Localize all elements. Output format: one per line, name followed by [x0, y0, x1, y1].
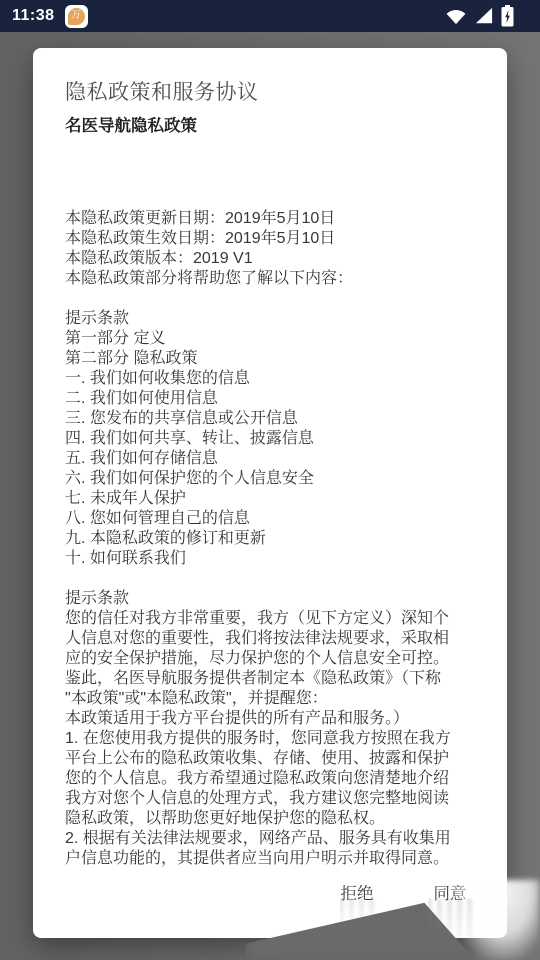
policy-text-line: 六. 我们如何保护您的个人信息安全	[65, 469, 481, 489]
policy-text-line: 本隐私政策更新日期：2019年5月10日	[65, 209, 481, 229]
policy-text-line: 人信息对您的重要性，我们将按法律法规要求，采取相	[65, 629, 481, 649]
policy-text-line: 四. 我们如何共享、转让、披露信息	[65, 429, 481, 449]
privacy-policy-dialog: 隐私政策和服务协议 名医导航隐私政策 本隐私政策更新日期：2019年5月10日本…	[33, 48, 507, 938]
policy-text-line: 提示条款	[65, 309, 481, 329]
policy-text-line	[65, 289, 481, 309]
policy-text-line: 本隐私政策版本：2019 V1	[65, 249, 481, 269]
policy-subtitle: 名医导航隐私政策	[65, 112, 197, 136]
status-bar: 11:38 万	[0, 0, 540, 32]
policy-text-line: 第二部分 隐私政策	[65, 349, 481, 369]
policy-text-line: 七. 未成年人保护	[65, 489, 481, 509]
policy-text-line: 2. 根据有关法律法规要求，网络产品、服务具有收集用	[65, 829, 481, 849]
battery-charging-icon	[501, 5, 514, 27]
wifi-icon	[445, 7, 467, 25]
policy-text-line: 三. 您发布的共享信息或公开信息	[65, 409, 481, 429]
policy-text-line: 一. 我们如何收集您的信息	[65, 369, 481, 389]
policy-text-line: 户信息功能的，其提供者应当向用户明示并取得同意。	[65, 849, 481, 868]
policy-text-line: 九. 本隐私政策的修订和更新	[65, 529, 481, 549]
policy-text-line: 您的个人信息。我方希望通过隐私政策向您清楚地介绍	[65, 769, 481, 789]
policy-text-line: "本政策"或"本隐私政策"，并提醒您：	[65, 689, 481, 709]
policy-text-line: 本政策适用于我方平台提供的所有产品和服务。）	[65, 709, 481, 729]
policy-text-line: 提示条款	[65, 589, 481, 609]
policy-text-line: 鉴此，名医导航服务提供者制定本《隐私政策》（下称	[65, 669, 481, 689]
policy-text-line: 五. 我们如何存储信息	[65, 449, 481, 469]
wan-badge-icon: 万	[68, 8, 85, 25]
policy-text-line: 我方对您个人信息的处理方式，我方建议您完整地阅读	[65, 789, 481, 809]
status-bar-system-icons	[445, 5, 514, 27]
policy-text-line: 二. 我们如何使用信息	[65, 389, 481, 409]
agree-button[interactable]: 同意	[408, 872, 492, 912]
policy-text-line: 隐私政策，以帮助您更好地保护您的隐私权。	[65, 809, 481, 829]
clock-time: 11:38	[12, 7, 55, 25]
policy-text-line: 本隐私政策生效日期：2019年5月10日	[65, 229, 481, 249]
notification-app-icon: 万	[65, 5, 88, 28]
policy-text-line: 应的安全保护措施，尽力保护您的个人信息安全可控。	[65, 649, 481, 669]
policy-text-line: 平台上公布的隐私政策收集、存储、使用、披露和保护	[65, 749, 481, 769]
dialog-title: 隐私政策和服务协议	[65, 76, 259, 106]
policy-text-line	[65, 569, 481, 589]
policy-text-line: 1. 在您使用我方提供的服务时，您同意我方按照在我方	[65, 729, 481, 749]
policy-text-line: 八. 您如何管理自己的信息	[65, 509, 481, 529]
policy-text-line: 第一部分 定义	[65, 329, 481, 349]
policy-text-line: 您的信任对我方非常重要，我方（见下方定义）深知个	[65, 609, 481, 629]
dialog-button-bar: 拒绝 同意	[33, 872, 507, 916]
policy-text-body[interactable]: 本隐私政策更新日期：2019年5月10日本隐私政策生效日期：2019年5月10日…	[65, 209, 481, 868]
cellular-signal-icon	[474, 7, 494, 25]
policy-text-line: 十. 如何联系我们	[65, 549, 481, 569]
reject-button[interactable]: 拒绝	[315, 872, 399, 912]
policy-text-line: 本隐私政策部分将帮助您了解以下内容：	[65, 269, 481, 289]
